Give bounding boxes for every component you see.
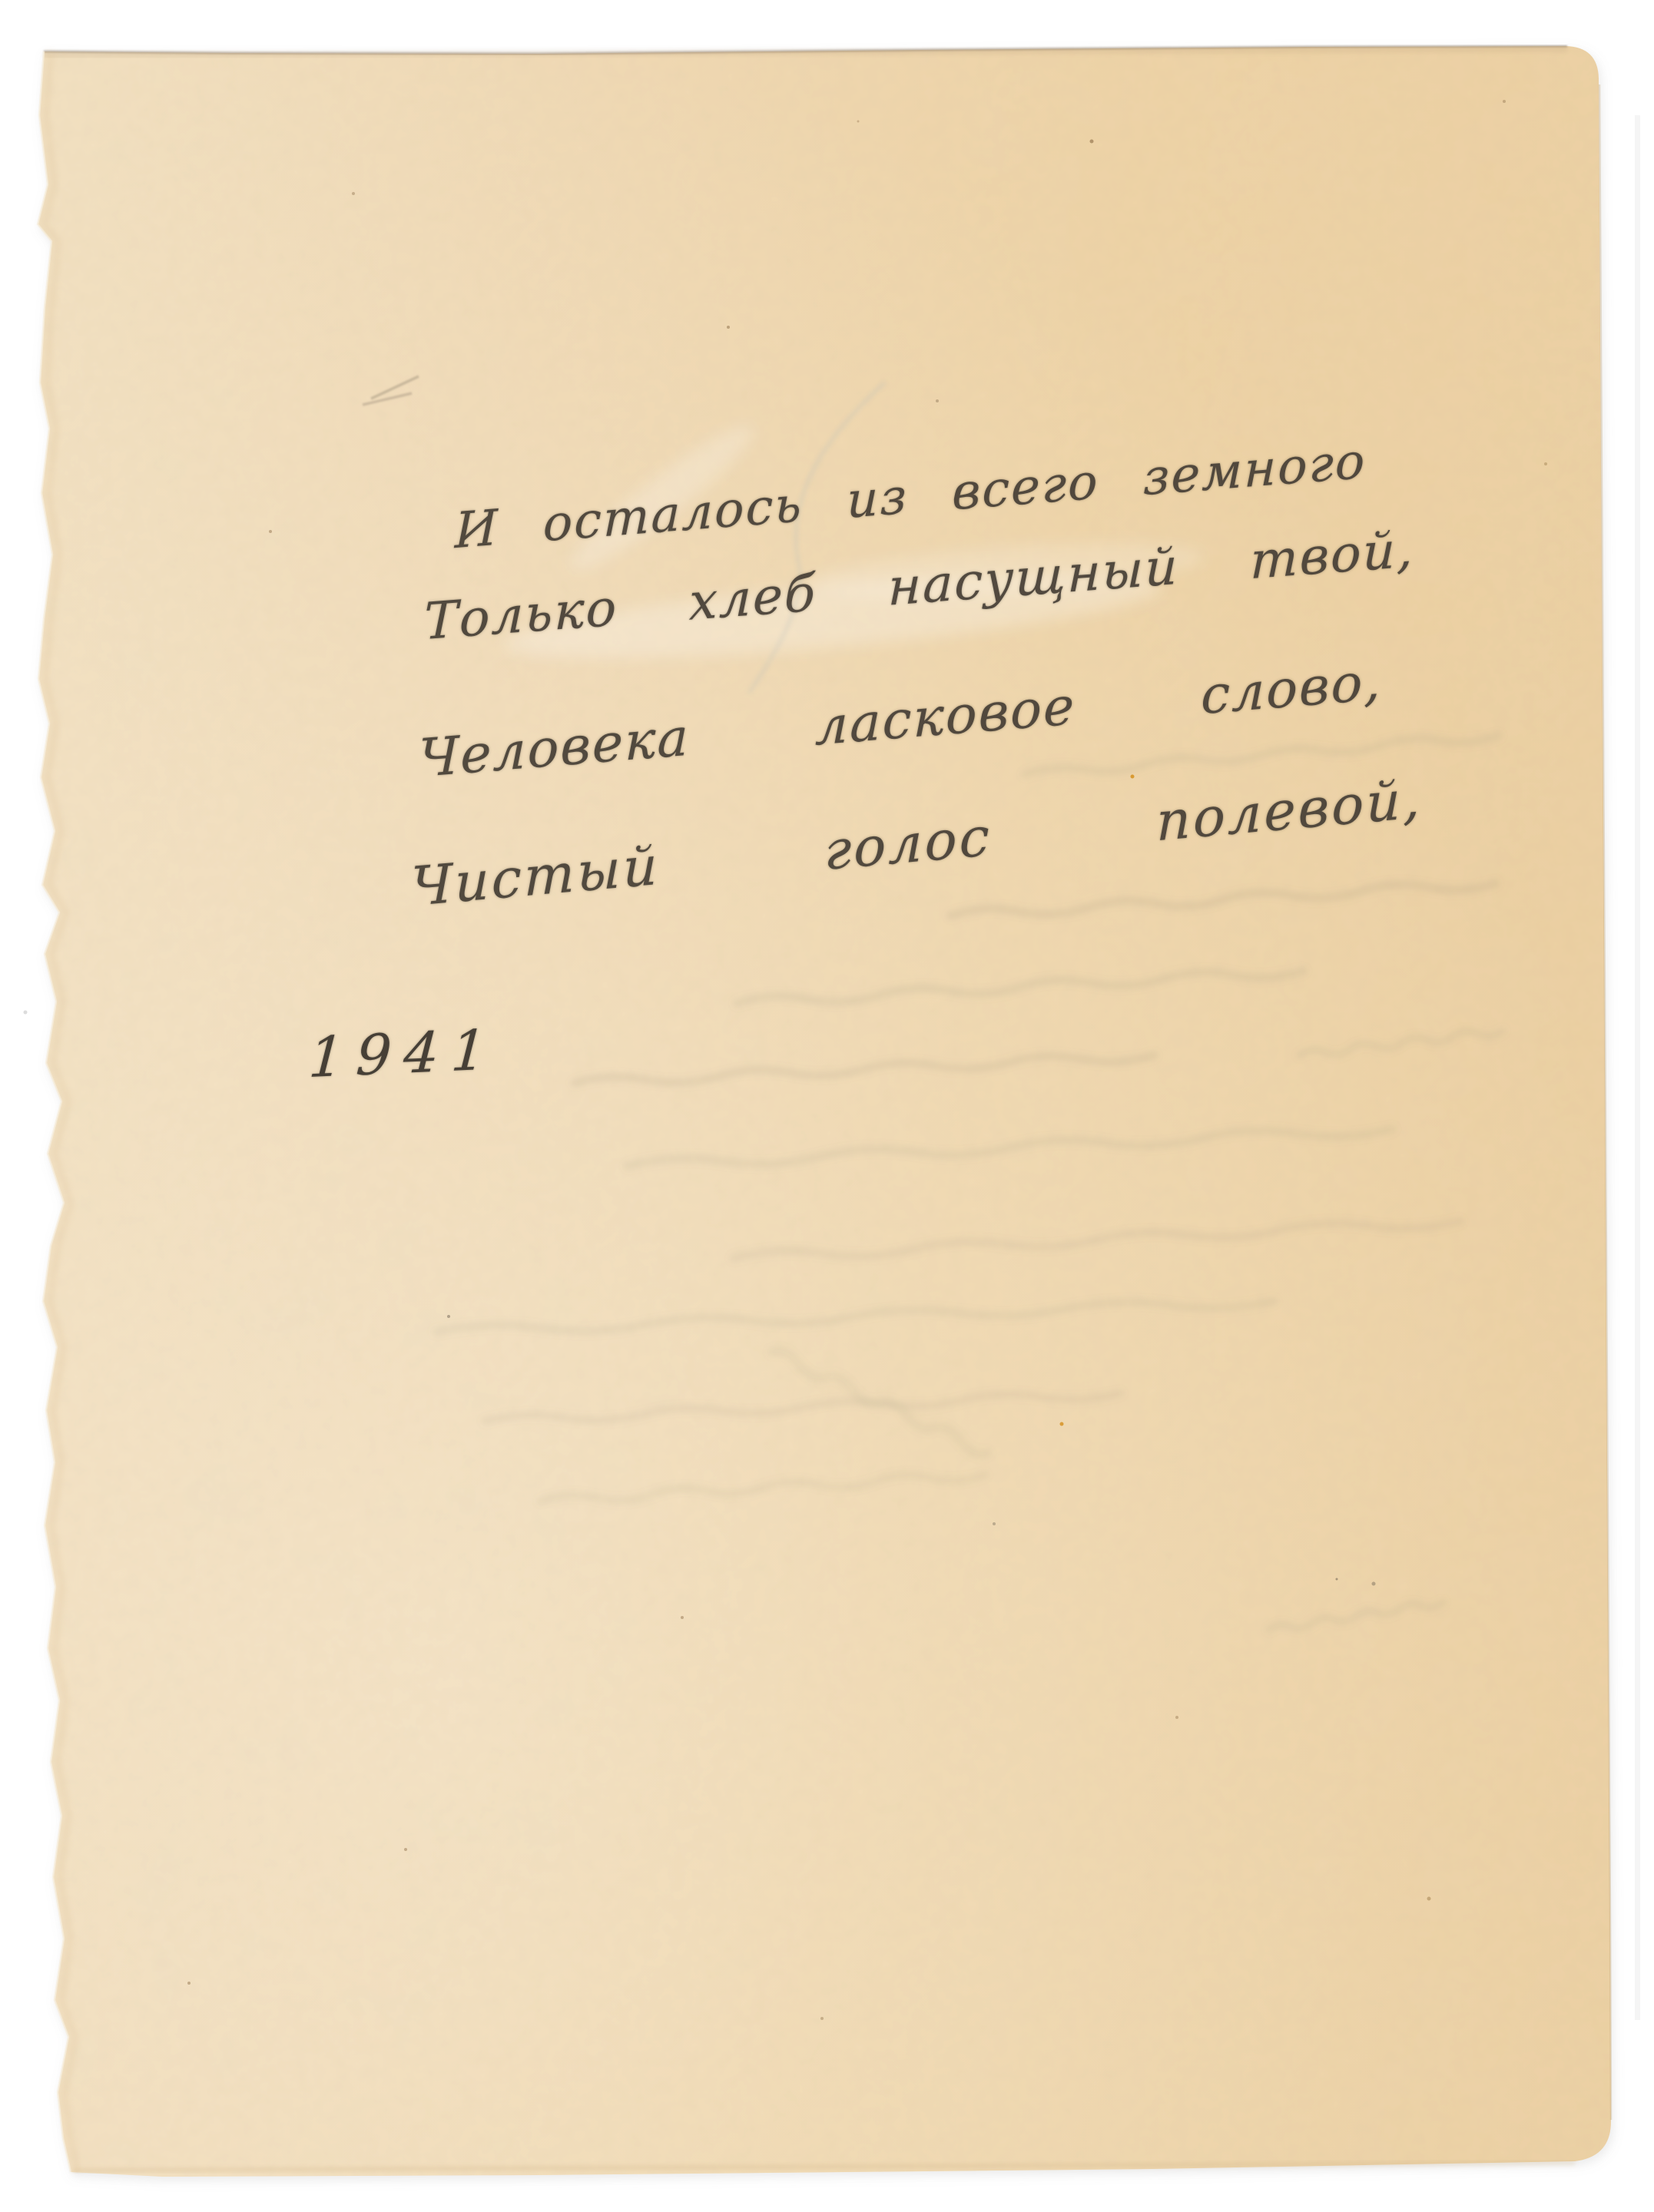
year-inscription: 1941 <box>307 1018 500 1090</box>
paper-speck <box>1090 140 1094 144</box>
paper-speck <box>1060 1422 1064 1426</box>
paper-speck <box>1336 1578 1338 1581</box>
paper-speck <box>269 530 272 533</box>
paper-speck <box>352 192 355 195</box>
scanner-streak <box>1635 115 1640 2020</box>
paper-speck <box>1372 1582 1376 1586</box>
paper-speck <box>1131 775 1135 779</box>
paper-speck <box>404 1848 407 1851</box>
paper-speck <box>727 326 730 329</box>
paper-speck <box>993 1522 996 1525</box>
paper-speck <box>1503 100 1506 103</box>
paper-speck <box>857 121 860 123</box>
scanned-manuscript: И осталось из всего земного Только хлеб … <box>0 0 1654 2212</box>
paper-speck <box>1544 462 1547 465</box>
paper-speck <box>447 1315 450 1318</box>
paper-speck <box>187 1982 191 1985</box>
paper-grain <box>0 0 1654 2212</box>
paper-speck <box>820 2017 824 2020</box>
paper-speck <box>681 1616 684 1619</box>
paper-speck <box>936 399 939 402</box>
paper-speck <box>1175 1716 1178 1719</box>
paper-layer <box>0 0 1654 2212</box>
dust-speck <box>24 1011 28 1015</box>
paper-speck <box>1427 1897 1431 1901</box>
